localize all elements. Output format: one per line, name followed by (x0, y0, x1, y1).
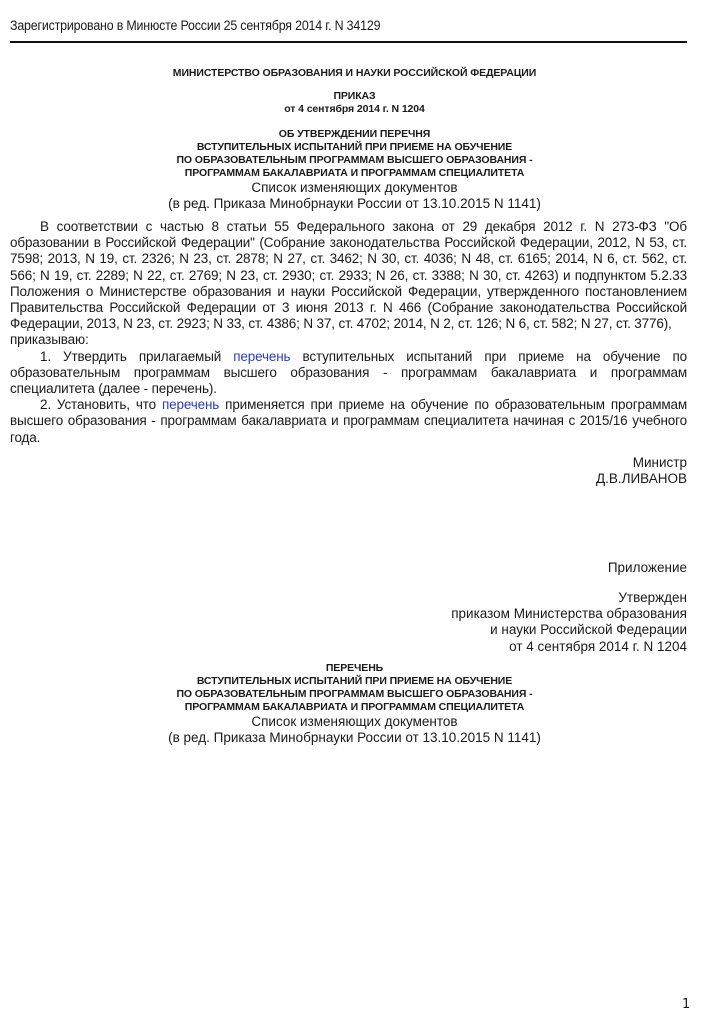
appendix-changes-label: Список изменяющих документов (0, 714, 709, 730)
preamble-paragraph: В соответствии с частью 8 статьи 55 Феде… (10, 219, 687, 332)
signatory-position: Министр (596, 455, 687, 471)
page-number: 1 (682, 997, 690, 1012)
appendix-heading-line: ПЕРЕЧЕНЬ (0, 662, 709, 675)
order-heading-line: ПРОГРАММАМ БАКАЛАВРИАТА И ПРОГРАММАМ СПЕ… (0, 167, 709, 180)
appendix-heading-line: ВСТУПИТЕЛЬНЫХ ИСПЫТАНИЙ ПРИ ПРИЕМЕ НА ОБ… (0, 675, 709, 688)
appendix-heading-line: ПРОГРАММАМ БАКАЛАВРИАТА И ПРОГРАММАМ СПЕ… (0, 701, 709, 714)
header-divider (10, 41, 687, 43)
appendix-label: Приложение (608, 560, 687, 576)
approval-line: и науки Российской Федерации (451, 622, 687, 638)
order-date-number: от 4 сентября 2014 г. N 1204 (0, 103, 709, 116)
order-type: ПРИКАЗ (0, 90, 709, 103)
order-heading-line: ПО ОБРАЗОВАТЕЛЬНЫМ ПРОГРАММАМ ВЫСШЕГО ОБ… (0, 154, 709, 167)
approval-line: приказом Министерства образования (451, 606, 687, 622)
order-body: В соответствии с частью 8 статьи 55 Феде… (10, 219, 687, 446)
registration-note: Зарегистрировано в Минюсте России 25 сен… (10, 18, 380, 33)
approval-line: от 4 сентября 2014 г. N 1204 (451, 639, 687, 655)
order-heading-line: ВСТУПИТЕЛЬНЫХ ИСПЫТАНИЙ ПРИ ПРИЕМЕ НА ОБ… (0, 141, 709, 154)
approval-block: Утвержден приказом Министерства образова… (451, 590, 687, 655)
order-heading-line: ОБ УТВЕРЖДЕНИИ ПЕРЕЧНЯ (0, 128, 709, 141)
order-item-2: 2. Установить, что перечень применяется … (10, 397, 687, 446)
changes-reference: (в ред. Приказа Минобрнауки России от 13… (0, 196, 709, 212)
changes-label: Список изменяющих документов (0, 180, 709, 196)
signature-block: Министр Д.В.ЛИВАНОВ (596, 455, 687, 487)
order-heading: ОБ УТВЕРЖДЕНИИ ПЕРЕЧНЯ ВСТУПИТЕЛЬНЫХ ИСП… (0, 128, 709, 212)
appendix-heading: ПЕРЕЧЕНЬ ВСТУПИТЕЛЬНЫХ ИСПЫТАНИЙ ПРИ ПРИ… (0, 662, 709, 746)
appendix-changes-reference: (в ред. Приказа Минобрнауки России от 13… (0, 730, 709, 746)
order-item-1: 1. Утвердить прилагаемый перечень вступи… (10, 349, 687, 398)
order-title: ПРИКАЗ от 4 сентября 2014 г. N 1204 (0, 90, 709, 116)
order-word: приказываю: (10, 332, 687, 348)
list-link[interactable]: перечень (233, 349, 290, 364)
appendix-heading-line: ПО ОБРАЗОВАТЕЛЬНЫМ ПРОГРАММАМ ВЫСШЕГО ОБ… (0, 688, 709, 701)
signatory-name: Д.В.ЛИВАНОВ (596, 471, 687, 487)
list-link[interactable]: перечень (162, 397, 219, 412)
ministry-name: МИНИСТЕРСТВО ОБРАЗОВАНИЯ И НАУКИ РОССИЙС… (0, 67, 709, 80)
approval-line: Утвержден (451, 590, 687, 606)
